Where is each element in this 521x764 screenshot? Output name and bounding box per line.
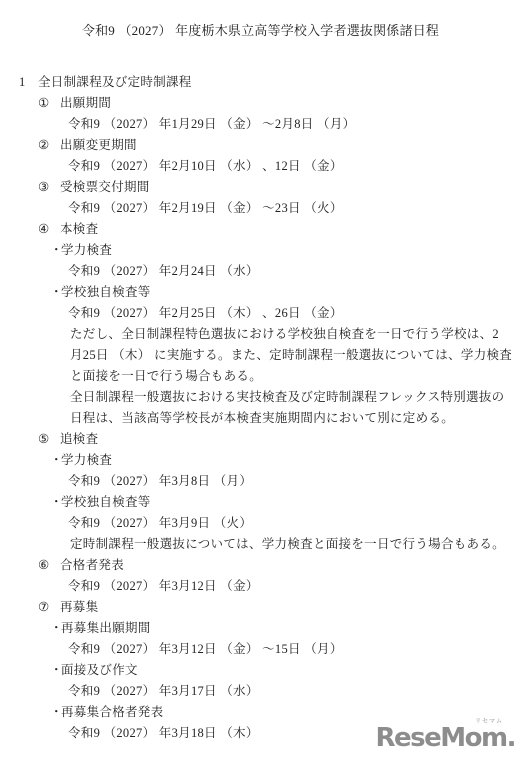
- item-line: ③受検票交付期間: [0, 177, 521, 198]
- para-line: と面接を一日で行う場合もある。: [0, 366, 521, 387]
- para-line: 定時制課程一般選抜については、学力検査と面接を一日で行う場合もある。: [0, 534, 521, 555]
- bullet-line: ・学力検査: [0, 240, 521, 261]
- item-number: 1: [19, 72, 38, 93]
- line-text: 再募集出願期間: [61, 621, 151, 635]
- line-text: 出願変更期間: [60, 138, 137, 152]
- resemom-logo: リセマム ReseMom.: [376, 724, 515, 752]
- date-line: 令和9 （2027） 年3月8日 （月）: [0, 471, 521, 492]
- date-line: 令和9 （2027） 年3月12日 （金） ～15日 （月）: [0, 639, 521, 660]
- resemom-logo-ruby: リセマム: [475, 719, 503, 725]
- bullet-marker: ・: [50, 702, 61, 723]
- page-title: 令和9 （2027） 年度栃木県立高等学校入学者選抜関係諸日程: [0, 20, 521, 41]
- section-line: 1全日制課程及び定時制課程: [0, 72, 521, 93]
- line-text: 再募集合格者発表: [61, 705, 163, 719]
- item-number: ⑦: [38, 597, 60, 618]
- line-text: 令和9 （2027） 年1月29日 （金） ～2月8日 （月）: [68, 117, 355, 131]
- date-line: 令和9 （2027） 年1月29日 （金） ～2月8日 （月）: [0, 114, 521, 135]
- date-line: 令和9 （2027） 年2月19日 （金） ～23日 （火）: [0, 198, 521, 219]
- line-text: 令和9 （2027） 年3月9日 （火）: [68, 516, 252, 530]
- item-line: ⑥合格者発表: [0, 555, 521, 576]
- line-text: 学力検査: [61, 453, 112, 467]
- line-text: 再募集: [60, 600, 98, 614]
- bullet-marker: ・: [50, 240, 61, 261]
- line-text: 月25日 （木） に実施する。また、定時制課程一般選抜については、学力検査: [70, 348, 512, 362]
- bullet-marker: ・: [50, 282, 61, 303]
- line-text: 受検票交付期間: [60, 180, 150, 194]
- para-line: 日程は、当該高等学校長が本検査実施期間内において別に定める。: [0, 408, 521, 429]
- line-text: 面接及び作文: [61, 663, 138, 677]
- item-number: ③: [38, 177, 60, 198]
- schedule-lines: 1全日制課程及び定時制課程①出願期間令和9 （2027） 年1月29日 （金） …: [0, 72, 521, 744]
- line-text: 本検査: [60, 222, 98, 236]
- line-text: 令和9 （2027） 年3月8日 （月）: [68, 474, 252, 488]
- line-text: 日程は、当該高等学校長が本検査実施期間内において別に定める。: [70, 411, 454, 425]
- date-line: 令和9 （2027） 年3月17日 （水）: [0, 681, 521, 702]
- date-line: 令和9 （2027） 年2月24日 （水）: [0, 261, 521, 282]
- date-line: 令和9 （2027） 年2月25日 （木） 、26日 （金）: [0, 303, 521, 324]
- line-text: 令和9 （2027） 年2月10日 （水） 、12日 （金）: [68, 159, 343, 173]
- line-text: 令和9 （2027） 年3月18日 （木）: [68, 726, 259, 740]
- line-text: 令和9 （2027） 年2月25日 （木） 、26日 （金）: [68, 306, 343, 320]
- para-line: 全日制課程一般選抜における実技検査及び定時制課程フレックス特別選抜の: [0, 387, 521, 408]
- line-text: 学校独自検査等: [61, 285, 151, 299]
- document-page: 令和9 （2027） 年度栃木県立高等学校入学者選抜関係諸日程 1全日制課程及び…: [0, 0, 521, 744]
- bullet-line: ・再募集出願期間: [0, 618, 521, 639]
- item-number: ④: [38, 219, 60, 240]
- line-text: 追検査: [60, 432, 98, 446]
- line-text: 令和9 （2027） 年3月12日 （金）: [68, 579, 259, 593]
- line-text: ただし、全日制課程特色選抜における学校独自検査を一日で行う学校は、2: [70, 327, 499, 341]
- date-line: 令和9 （2027） 年2月10日 （水） 、12日 （金）: [0, 156, 521, 177]
- line-text: 合格者発表: [60, 558, 124, 572]
- para-line: ただし、全日制課程特色選抜における学校独自検査を一日で行う学校は、2: [0, 324, 521, 345]
- date-line: 令和9 （2027） 年3月12日 （金）: [0, 576, 521, 597]
- bullet-marker: ・: [50, 492, 61, 513]
- item-line: ⑤追検査: [0, 429, 521, 450]
- bullet-line: ・面接及び作文: [0, 660, 521, 681]
- bullet-marker: ・: [50, 450, 61, 471]
- item-number: ⑤: [38, 429, 60, 450]
- line-text: 学力検査: [61, 243, 112, 257]
- item-number: ①: [38, 93, 60, 114]
- bullet-marker: ・: [50, 618, 61, 639]
- line-text: 令和9 （2027） 年2月24日 （水）: [68, 264, 259, 278]
- bullet-line: ・再募集合格者発表: [0, 702, 521, 723]
- item-line: ④本検査: [0, 219, 521, 240]
- item-number: ⑥: [38, 555, 60, 576]
- resemom-logo-text: ReseMom.: [376, 723, 515, 753]
- line-text: 全日制課程一般選抜における実技検査及び定時制課程フレックス特別選抜の: [70, 390, 504, 404]
- para-line: 月25日 （木） に実施する。また、定時制課程一般選抜については、学力検査: [0, 345, 521, 366]
- line-text: 令和9 （2027） 年2月19日 （金） ～23日 （火）: [68, 201, 343, 215]
- bullet-line: ・学校独自検査等: [0, 282, 521, 303]
- line-text: 全日制課程及び定時制課程: [38, 75, 192, 89]
- line-text: 出願期間: [60, 96, 111, 110]
- line-text: 定時制課程一般選抜については、学力検査と面接を一日で行う場合もある。: [70, 537, 505, 551]
- line-text: 学校独自検査等: [61, 495, 151, 509]
- item-number: ②: [38, 135, 60, 156]
- bullet-line: ・学力検査: [0, 450, 521, 471]
- line-text: と面接を一日で行う場合もある。: [70, 369, 262, 383]
- item-line: ②出願変更期間: [0, 135, 521, 156]
- bullet-line: ・学校独自検査等: [0, 492, 521, 513]
- item-line: ①出願期間: [0, 93, 521, 114]
- date-line: 令和9 （2027） 年3月9日 （火）: [0, 513, 521, 534]
- line-text: 令和9 （2027） 年3月17日 （水）: [68, 684, 259, 698]
- bullet-marker: ・: [50, 660, 61, 681]
- item-line: ⑦再募集: [0, 597, 521, 618]
- line-text: 令和9 （2027） 年3月12日 （金） ～15日 （月）: [68, 642, 343, 656]
